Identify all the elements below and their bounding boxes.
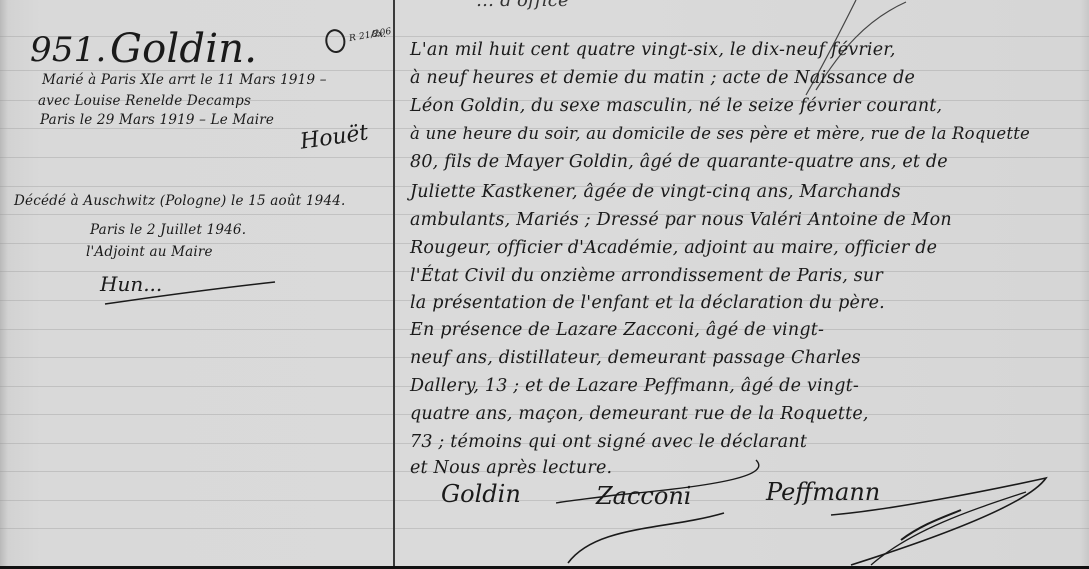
death-note-place-date: Paris le 2 Juillet 1946. [90, 222, 246, 238]
stamp-circle-icon [323, 28, 347, 55]
signature-underline-icon [566, 505, 726, 565]
register-page: 951. Goldin. R 21/206 8x. Marié à Paris … [0, 0, 1089, 566]
death-note-official: l'Adjoint au Maire [86, 244, 213, 260]
reference-suffix: 8x. [372, 30, 386, 40]
act-line: et Nous après lecture. [410, 458, 612, 478]
act-line: Léon Goldin, du sexe masculin, né le sei… [410, 96, 942, 116]
act-line: En présence de Lazare Zacconi, âgé de vi… [410, 320, 824, 340]
entry-number: 951. [30, 30, 107, 70]
act-line: L'an mil huit cent quatre vingt-six, le … [410, 40, 896, 60]
marriage-note-line: Paris le 29 Mars 1919 – Le Maire [40, 112, 274, 128]
act-line: 73 ; témoins qui ont signé avec le décla… [410, 432, 807, 452]
marriage-note-line: avec Louise Renelde Decamps [38, 93, 251, 109]
margin-column: 951. Goldin. R 21/206 8x. Marié à Paris … [0, 0, 393, 566]
signature-witness-1: Zacconi [596, 482, 691, 510]
act-body: … d'office L'an mil huit cent quatre vin… [396, 0, 1089, 566]
signature-witness-2: Peffmann [766, 478, 880, 506]
act-line: quatre ans, maçon, demeurant rue de la R… [410, 404, 869, 424]
mayor-signature: Houët [299, 120, 370, 154]
column-divider [393, 0, 395, 566]
top-fragment: … d'office [476, 0, 569, 11]
act-line: l'État Civil du onzième arrondissement d… [410, 266, 883, 286]
adjoint-signature: Hun... [100, 272, 162, 296]
act-line: neuf ans, distillateur, demeurant passag… [410, 348, 861, 368]
act-line: la présentation de l'enfant et la déclar… [410, 293, 885, 313]
act-line: à neuf heures et demie du matin ; acte d… [410, 68, 915, 88]
act-line: Juliette Kastkener, âgée de vingt-cinq a… [410, 182, 901, 202]
signature-declarant: Goldin [441, 480, 521, 508]
act-line: ambulants, Mariés ; Dressé par nous Valé… [410, 210, 952, 230]
death-note: Décédé à Auschwitz (Pologne) le 15 août … [14, 193, 346, 209]
act-line: à une heure du soir, au domicile de ses … [410, 124, 1030, 143]
marriage-note-line: Marié à Paris XIe arrt le 11 Mars 1919 – [42, 72, 327, 88]
act-line: Dallery, 13 ; et de Lazare Peffmann, âgé… [410, 376, 859, 396]
act-line: Rougeur, officier d'Académie, adjoint au… [410, 238, 937, 258]
surname-heading: Goldin. [110, 26, 257, 72]
act-line: 80, fils de Mayer Goldin, âgé de quarant… [410, 152, 948, 172]
